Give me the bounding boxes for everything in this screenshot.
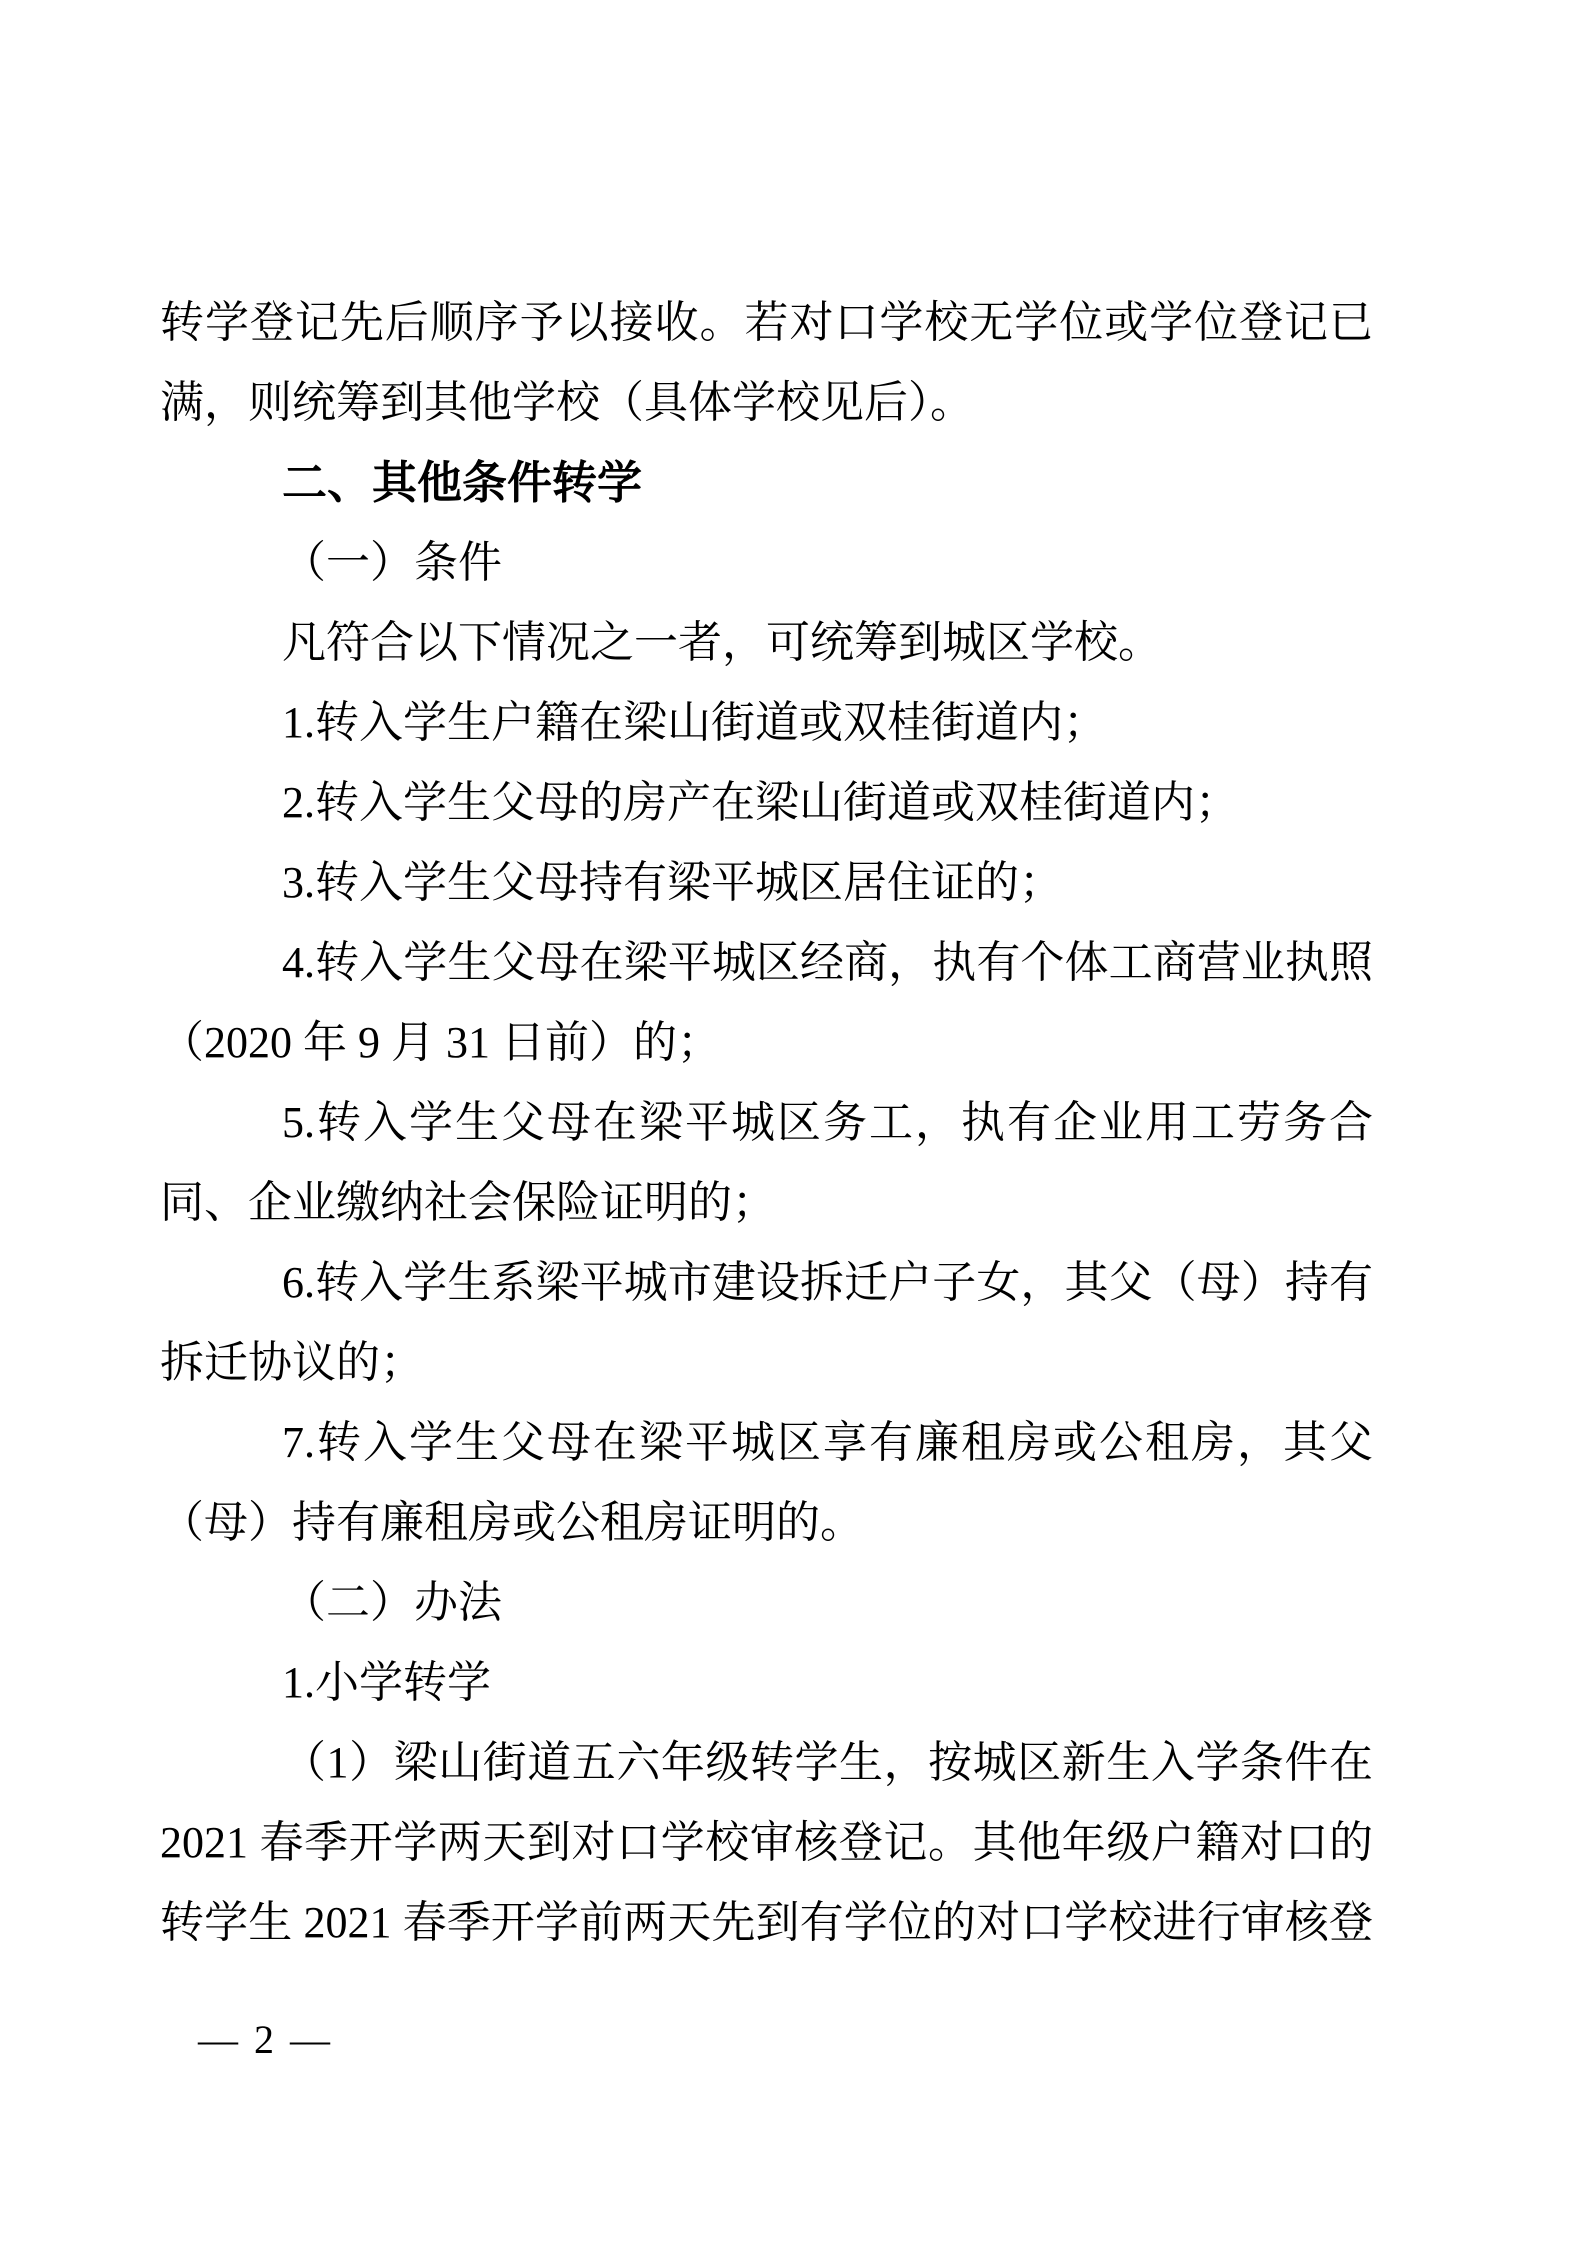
paragraph-intro: 凡符合以下情况之一者，可统筹到城区学校。 xyxy=(160,603,1373,683)
list-item-1: 1.转入学生户籍在梁山街道或双桂街道内； xyxy=(160,683,1373,763)
paragraph-primary-school: 1.小学转学 xyxy=(160,1643,1373,1723)
document-page: 转学登记先后顺序予以接收。若对口学校无学位或学位登记已满，则统筹到其他学校（具体… xyxy=(0,0,1587,2245)
paragraph-continuation: 转学登记先后顺序予以接收。若对口学校无学位或学位登记已满，则统筹到其他学校（具体… xyxy=(160,283,1373,443)
list-item-7: 7.转入学生父母在梁平城区享有廉租房或公租房，其父（母）持有廉租房或公租房证明的… xyxy=(160,1403,1373,1563)
document-body: 转学登记先后顺序予以接收。若对口学校无学位或学位登记已满，则统筹到其他学校（具体… xyxy=(160,0,1373,1963)
list-item-3: 3.转入学生父母持有梁平城区居住证的； xyxy=(160,843,1373,923)
paragraph-method-1: （1）梁山街道五六年级转学生，按城区新生入学条件在 2021 春季开学两天到对口… xyxy=(160,1723,1373,1963)
list-item-4: 4.转入学生父母在梁平城区经商，执有个体工商营业执照（2020 年 9 月 31… xyxy=(160,923,1373,1083)
subsection-heading-2: （二）办法 xyxy=(160,1563,1373,1643)
list-item-6: 6.转入学生系梁平城市建设拆迁户子女，其父（母）持有拆迁协议的； xyxy=(160,1243,1373,1403)
list-item-5: 5.转入学生父母在梁平城区务工，执有企业用工劳务合同、企业缴纳社会保险证明的； xyxy=(160,1083,1373,1243)
page-number: — 2 — xyxy=(198,2018,333,2062)
section-heading: 二、其他条件转学 xyxy=(160,443,1373,523)
list-item-2: 2.转入学生父母的房产在梁山街道或双桂街道内； xyxy=(160,763,1373,843)
subsection-heading-1: （一）条件 xyxy=(160,523,1373,603)
